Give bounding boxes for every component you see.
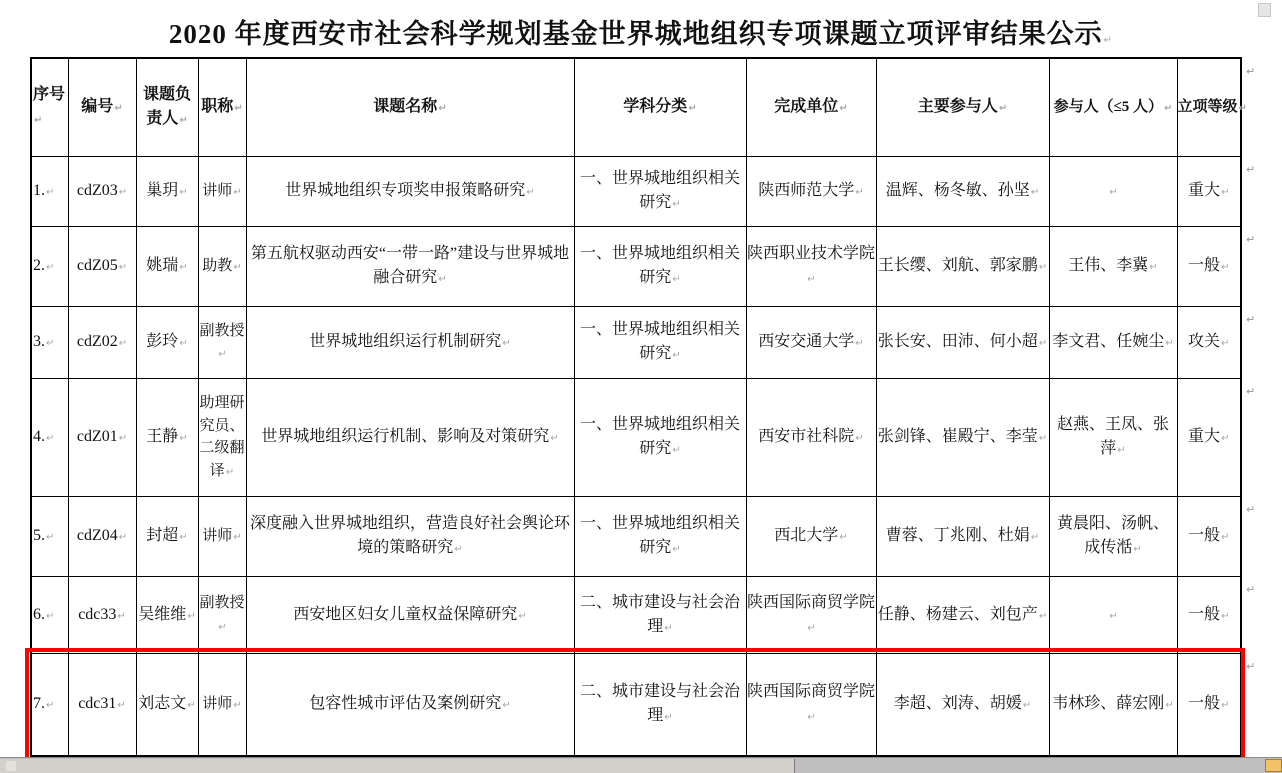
header-project-name: 课题名称↵ [246, 58, 574, 156]
cell-text: 二、城市建设与社会治理 [580, 594, 740, 635]
cell-institution: 西北大学↵ [746, 496, 876, 576]
cell-text: 一、世界城地组织相关研究 [580, 515, 740, 556]
header-label: 主要参与人 [918, 98, 998, 115]
end-of-cell-mark-icon: ↵ [117, 700, 125, 711]
cell-job-title: 讲师↵ [198, 496, 246, 576]
results-table-wrap: 序号↵编号↵课题负责人↵职称↵课题名称↵学科分类↵完成单位↵主要参与人↵参与人（… [30, 57, 1242, 757]
table-row: 5.↵cdZ04↵封超↵讲师↵深度融入世界城地组织，营造良好社会舆论环境的策略研… [31, 496, 1241, 576]
cell-text: 姚瑞 [146, 257, 178, 274]
cell-leader: 彭玲↵ [136, 306, 198, 378]
cell-text: 副教授 [199, 595, 244, 611]
header-participants: 参与人（≤5 人）↵ [1049, 58, 1177, 156]
cell-participants: 赵燕、王凤、张萍↵ [1049, 378, 1177, 496]
end-of-cell-mark-icon: ↵ [233, 262, 241, 273]
cell-text: 深度融入世界城地组织，营造良好社会舆论环境的策略研究 [250, 515, 570, 556]
end-of-cell-mark-icon: ↵ [1031, 532, 1039, 543]
cell-main-participants: 王长缨、刘航、郭家鹏↵ [876, 226, 1049, 306]
cell-main-participants: 任静、杨建云、刘包产↵ [876, 576, 1049, 653]
cell-text: 一般 [1188, 606, 1220, 623]
header-label: 课题名称 [373, 98, 437, 115]
end-of-cell-mark-icon: ↵ [46, 532, 54, 543]
end-of-cell-mark-icon: ↵ [119, 187, 127, 198]
cell-index: 7.↵ [31, 653, 68, 756]
end-of-row-mark-icon: ↵ [1246, 233, 1255, 246]
cell-text: 陕西国际商贸学院 [747, 683, 875, 700]
table-row: 2.↵cdZ05↵姚瑞↵助教↵第五航权驱动西安“一带一路”建设与世界城地融合研究… [31, 226, 1241, 306]
end-of-cell-mark-icon: ↵ [839, 103, 847, 114]
cell-code: cdZ02↵ [68, 306, 136, 378]
end-of-row-mark-icon: ↵ [1246, 660, 1255, 673]
cell-text: 王伟、李冀 [1068, 257, 1148, 274]
cell-text: 刘志文 [138, 695, 186, 712]
cell-grade: 一般↵ [1177, 496, 1241, 576]
cell-discipline: 二、城市建设与社会治理↵ [574, 576, 746, 653]
end-of-cell-mark-icon: ↵ [119, 433, 127, 444]
cell-project-name: 世界城地组织运行机制、影响及对策研究↵ [246, 378, 574, 496]
cell-text: cdZ03 [77, 182, 118, 199]
end-of-cell-mark-icon: ↵ [218, 349, 226, 360]
cell-text: 副教授 [199, 323, 244, 339]
cell-text: 一般 [1188, 257, 1220, 274]
cell-text: 一、世界城地组织相关研究 [580, 170, 740, 211]
cell-leader: 刘志文↵ [136, 653, 198, 756]
cell-job-title: 助教↵ [198, 226, 246, 306]
cell-code: cdZ04↵ [68, 496, 136, 576]
cell-text: 陕西职业技术学院 [747, 245, 875, 262]
page-title-text: 2020 年度西安市社会科学规划基金世界城地组织专项课题立项评审结果公示 [169, 19, 1103, 49]
cell-index: 5.↵ [31, 496, 68, 576]
end-of-cell-mark-icon: ↵ [119, 262, 127, 273]
cell-discipline: 一、世界城地组织相关研究↵ [574, 306, 746, 378]
cell-project-name: 深度融入世界城地组织，营造良好社会舆论环境的策略研究↵ [246, 496, 574, 576]
cell-text: 任静、杨建云、刘包产 [878, 606, 1038, 623]
cell-text: 陕西师范大学 [758, 182, 854, 199]
end-of-cell-mark-icon: ↵ [1149, 262, 1157, 273]
end-of-cell-mark-icon: ↵ [438, 103, 446, 114]
cell-institution: 西安市社科院↵ [746, 378, 876, 496]
end-of-cell-mark-icon: ↵ [839, 532, 847, 543]
end-of-cell-mark-icon: ↵ [454, 544, 462, 555]
cell-job-title: 副教授↵ [198, 306, 246, 378]
cell-text: 温辉、杨冬敏、孙坚 [886, 182, 1030, 199]
end-of-row-mark-icon: ↵ [1246, 163, 1255, 176]
paragraph-mark-icon: ↵ [1104, 35, 1113, 46]
cell-text: 讲师 [202, 528, 232, 544]
cell-text: 张剑锋、崔殿宁、李莹 [878, 428, 1038, 445]
cell-text: 巢玥 [146, 182, 178, 199]
end-of-cell-mark-icon: ↵ [1221, 187, 1229, 198]
end-of-cell-mark-icon: ↵ [1221, 338, 1229, 349]
cell-text: 李文君、任婉尘 [1052, 333, 1164, 350]
table-row: 7.↵cdc31↵刘志文↵讲师↵包容性城市评估及案例研究↵二、城市建设与社会治理… [31, 653, 1241, 756]
end-of-cell-mark-icon: ↵ [34, 115, 42, 126]
end-of-cell-mark-icon: ↵ [672, 350, 680, 361]
cell-code: cdc33↵ [68, 576, 136, 653]
end-of-cell-mark-icon: ↵ [179, 262, 187, 273]
cell-leader: 王静↵ [136, 378, 198, 496]
end-of-cell-mark-icon: ↵ [1133, 544, 1141, 555]
end-of-cell-mark-icon: ↵ [179, 187, 187, 198]
cell-leader: 姚瑞↵ [136, 226, 198, 306]
end-of-cell-mark-icon: ↵ [1109, 611, 1117, 622]
header-leader: 课题负责人↵ [136, 58, 198, 156]
cell-job-title: 副教授↵ [198, 576, 246, 653]
end-of-cell-mark-icon: ↵ [1221, 532, 1229, 543]
cell-leader: 吴维维↵ [136, 576, 198, 653]
cell-text: 张长安、田沛、何小超 [878, 333, 1038, 350]
cell-participants: 黄晨阳、汤帆、成传湉↵ [1049, 496, 1177, 576]
header-label: 参与人（≤5 人） [1054, 99, 1163, 115]
end-of-cell-mark-icon: ↵ [1165, 700, 1173, 711]
cell-text: 西安市社科院 [758, 428, 854, 445]
end-of-cell-mark-icon: ↵ [438, 274, 446, 285]
cell-main-participants: 张长安、田沛、何小超↵ [876, 306, 1049, 378]
cell-participants: 王伟、李冀↵ [1049, 226, 1177, 306]
cell-text: cdZ04 [77, 527, 118, 544]
cell-discipline: 一、世界城地组织相关研究↵ [574, 226, 746, 306]
cell-participants: 李文君、任婉尘↵ [1049, 306, 1177, 378]
cell-project-name: 西安地区妇女儿童权益保障研究↵ [246, 576, 574, 653]
cell-text: 包容性城市评估及案例研究 [309, 695, 501, 712]
cell-text: 攻关 [1188, 333, 1220, 350]
header-label: 完成单位 [774, 98, 838, 115]
cell-main-participants: 李超、刘涛、胡媛↵ [876, 653, 1049, 756]
horizontal-scrollbar[interactable] [0, 757, 1282, 773]
end-of-cell-mark-icon: ↵ [807, 274, 815, 285]
table-header-row: 序号↵编号↵课题负责人↵职称↵课题名称↵学科分类↵完成单位↵主要参与人↵参与人（… [31, 58, 1241, 156]
end-of-cell-mark-icon: ↵ [179, 433, 187, 444]
cell-project-name: 世界城地组织专项奖申报策略研究↵ [246, 156, 574, 226]
end-of-cell-mark-icon: ↵ [1239, 103, 1247, 114]
cell-grade: 重大↵ [1177, 156, 1241, 226]
table-row: 3.↵cdZ02↵彭玲↵副教授↵世界城地组织运行机制研究↵一、世界城地组织相关研… [31, 306, 1241, 378]
cell-text: cdZ02 [77, 333, 118, 350]
cell-text: 助理研究员、二级翻译 [199, 395, 244, 479]
cell-code: cdZ05↵ [68, 226, 136, 306]
end-of-cell-mark-icon: ↵ [1221, 262, 1229, 273]
header-institution: 完成单位↵ [746, 58, 876, 156]
cell-main-participants: 曹蓉、丁兆刚、杜娟↵ [876, 496, 1049, 576]
cell-text: 赵燕、王凤、张萍 [1057, 416, 1169, 457]
end-of-cell-mark-icon: ↵ [1023, 700, 1031, 711]
end-of-cell-mark-icon: ↵ [526, 187, 534, 198]
cell-job-title: 讲师↵ [198, 156, 246, 226]
end-of-cell-mark-icon: ↵ [46, 611, 54, 622]
cell-leader: 巢玥↵ [136, 156, 198, 226]
cell-grade: 一般↵ [1177, 653, 1241, 756]
cell-participants: ↵ [1049, 576, 1177, 653]
end-of-cell-mark-icon: ↵ [502, 338, 510, 349]
end-of-cell-mark-icon: ↵ [187, 700, 195, 711]
header-grade: 立项等级↵ [1177, 58, 1241, 156]
end-of-cell-mark-icon: ↵ [117, 611, 125, 622]
cell-code: cdZ03↵ [68, 156, 136, 226]
cell-text: 一般 [1188, 695, 1220, 712]
cell-leader: 封超↵ [136, 496, 198, 576]
cell-text: cdc31 [78, 695, 116, 712]
cell-code: cdc31↵ [68, 653, 136, 756]
end-of-cell-mark-icon: ↵ [807, 623, 815, 634]
cell-main-participants: 温辉、杨冬敏、孙坚↵ [876, 156, 1049, 226]
end-of-row-mark-icon: ↵ [1246, 313, 1255, 326]
cell-text: 第五航权驱动西安“一带一路”建设与世界城地融合研究 [251, 245, 569, 286]
end-of-cell-mark-icon: ↵ [179, 532, 187, 543]
end-of-cell-mark-icon: ↵ [502, 700, 510, 711]
cell-project-name: 世界城地组织运行机制研究↵ [246, 306, 574, 378]
cell-text: 6. [33, 606, 45, 623]
cell-text: 一、世界城地组织相关研究 [580, 416, 740, 457]
cell-index: 3.↵ [31, 306, 68, 378]
header-discipline: 学科分类↵ [574, 58, 746, 156]
header-label: 编号 [81, 98, 113, 115]
table-row: 6.↵cdc33↵吴维维↵副教授↵西安地区妇女儿童权益保障研究↵二、城市建设与社… [31, 576, 1241, 653]
cell-text: 一、世界城地组织相关研究 [580, 321, 740, 362]
cell-text: 世界城地组织运行机制研究 [309, 333, 501, 350]
cell-discipline: 一、世界城地组织相关研究↵ [574, 378, 746, 496]
end-of-row-mark-icon: ↵ [1246, 583, 1255, 596]
end-of-cell-mark-icon: ↵ [233, 532, 241, 543]
cell-grade: 重大↵ [1177, 378, 1241, 496]
cell-text: 陕西国际商贸学院 [747, 594, 875, 611]
cell-index: 4.↵ [31, 378, 68, 496]
end-of-cell-mark-icon: ↵ [672, 544, 680, 555]
end-of-row-mark-icon: ↵ [1246, 385, 1255, 398]
table-row: 4.↵cdZ01↵王静↵助理研究员、二级翻译↵世界城地组织运行机制、影响及对策研… [31, 378, 1241, 496]
cell-project-name: 包容性城市评估及案例研究↵ [246, 653, 574, 756]
cell-institution: 陕西国际商贸学院↵ [746, 653, 876, 756]
cell-text: 一般 [1188, 527, 1220, 544]
cell-text: 西北大学 [774, 527, 838, 544]
cell-text: 4. [33, 428, 45, 445]
end-of-cell-mark-icon: ↵ [855, 433, 863, 444]
cell-text: 西安地区妇女儿童权益保障研究 [293, 606, 517, 623]
header-job-title: 职称↵ [198, 58, 246, 156]
end-of-cell-mark-icon: ↵ [1117, 445, 1125, 456]
cell-text: 2. [33, 257, 45, 274]
end-of-cell-mark-icon: ↵ [1221, 433, 1229, 444]
end-of-cell-mark-icon: ↵ [664, 623, 672, 634]
cell-text: 王长缨、刘航、郭家鹏 [878, 257, 1038, 274]
end-of-cell-mark-icon: ↵ [518, 611, 526, 622]
cell-job-title: 讲师↵ [198, 653, 246, 756]
cell-project-name: 第五航权驱动西安“一带一路”建设与世界城地融合研究↵ [246, 226, 574, 306]
cell-participants: 韦林珍、薛宏刚↵ [1049, 653, 1177, 756]
end-of-cell-mark-icon: ↵ [1164, 103, 1172, 114]
horizontal-scrollbar-thumb[interactable] [0, 759, 795, 773]
header-index: 序号↵ [31, 58, 68, 156]
cell-text: 曹蓉、丁兆刚、杜娟 [886, 527, 1030, 544]
cell-institution: 陕西职业技术学院↵ [746, 226, 876, 306]
scrollbar-corner-button[interactable] [1265, 759, 1282, 772]
cell-main-participants: 张剑锋、崔殿宁、李莹↵ [876, 378, 1049, 496]
cell-discipline: 二、城市建设与社会治理↵ [574, 653, 746, 756]
end-of-cell-mark-icon: ↵ [1221, 700, 1229, 711]
cell-index: 1.↵ [31, 156, 68, 226]
cell-institution: 陕西师范大学↵ [746, 156, 876, 226]
cell-text: cdZ01 [77, 428, 118, 445]
cell-text: 重大 [1188, 428, 1220, 445]
end-of-row-mark-icon: ↵ [1246, 503, 1255, 516]
end-of-cell-mark-icon: ↵ [233, 187, 241, 198]
end-of-cell-mark-icon: ↵ [46, 187, 54, 198]
scrollbar-notch [6, 761, 16, 771]
end-of-cell-mark-icon: ↵ [1039, 611, 1047, 622]
cell-text: 一、世界城地组织相关研究 [580, 245, 740, 286]
end-of-cell-mark-icon: ↵ [855, 338, 863, 349]
cell-code: cdZ01↵ [68, 378, 136, 496]
cell-grade: 一般↵ [1177, 576, 1241, 653]
end-of-cell-mark-icon: ↵ [1221, 611, 1229, 622]
cell-institution: 陕西国际商贸学院↵ [746, 576, 876, 653]
end-of-cell-mark-icon: ↵ [234, 103, 242, 114]
results-table: 序号↵编号↵课题负责人↵职称↵课题名称↵学科分类↵完成单位↵主要参与人↵参与人（… [30, 57, 1242, 757]
cell-text: cdc33 [78, 606, 116, 623]
cell-text: 重大 [1188, 182, 1220, 199]
header-label: 立项等级 [1178, 99, 1238, 115]
end-of-cell-mark-icon: ↵ [550, 433, 558, 444]
cell-text: 黄晨阳、汤帆、成传湉 [1057, 515, 1169, 556]
end-of-cell-mark-icon: ↵ [114, 103, 122, 114]
end-of-cell-mark-icon: ↵ [46, 338, 54, 349]
end-of-cell-mark-icon: ↵ [119, 532, 127, 543]
cell-institution: 西安交通大学↵ [746, 306, 876, 378]
end-of-cell-mark-icon: ↵ [233, 700, 241, 711]
cell-text: 西安交通大学 [758, 333, 854, 350]
cell-grade: 一般↵ [1177, 226, 1241, 306]
page-title: 2020 年度西安市社会科学规划基金世界城地组织专项课题立项评审结果公示↵ [0, 12, 1282, 51]
cell-text: 讲师 [202, 183, 232, 199]
end-of-cell-mark-icon: ↵ [1109, 187, 1117, 198]
end-of-cell-mark-icon: ↵ [46, 433, 54, 444]
cell-text: 世界城地组织运行机制、影响及对策研究 [261, 428, 549, 445]
cell-text: 1. [33, 182, 45, 199]
cell-text: 封超 [146, 527, 178, 544]
end-of-cell-mark-icon: ↵ [807, 712, 815, 723]
cell-discipline: 一、世界城地组织相关研究↵ [574, 496, 746, 576]
end-of-cell-mark-icon: ↵ [179, 338, 187, 349]
cell-text: 王静 [146, 428, 178, 445]
end-of-cell-mark-icon: ↵ [999, 103, 1007, 114]
top-right-scroll-fragment [1258, 3, 1271, 17]
header-label: 学科分类 [623, 98, 687, 115]
cell-participants: ↵ [1049, 156, 1177, 226]
cell-text: 李超、刘涛、胡媛 [894, 695, 1022, 712]
end-of-cell-mark-icon: ↵ [672, 199, 680, 210]
end-of-cell-mark-icon: ↵ [187, 611, 195, 622]
end-of-cell-mark-icon: ↵ [218, 622, 226, 633]
table-row: 1.↵cdZ03↵巢玥↵讲师↵世界城地组织专项奖申报策略研究↵一、世界城地组织相… [31, 156, 1241, 226]
end-of-cell-mark-icon: ↵ [672, 274, 680, 285]
end-of-cell-mark-icon: ↵ [46, 262, 54, 273]
cell-job-title: 助理研究员、二级翻译↵ [198, 378, 246, 496]
end-of-cell-mark-icon: ↵ [46, 700, 54, 711]
end-of-cell-mark-icon: ↵ [1039, 338, 1047, 349]
end-of-cell-mark-icon: ↵ [664, 712, 672, 723]
cell-text: 二、城市建设与社会治理 [580, 683, 740, 724]
end-of-cell-mark-icon: ↵ [119, 338, 127, 349]
end-of-cell-mark-icon: ↵ [1039, 433, 1047, 444]
cell-grade: 攻关↵ [1177, 306, 1241, 378]
cell-text: cdZ05 [77, 257, 118, 274]
end-of-cell-mark-icon: ↵ [672, 445, 680, 456]
cell-text: 5. [33, 527, 45, 544]
header-main-participants: 主要参与人↵ [876, 58, 1049, 156]
end-of-cell-mark-icon: ↵ [855, 187, 863, 198]
cell-text: 世界城地组织专项奖申报策略研究 [285, 182, 525, 199]
cell-index: 2.↵ [31, 226, 68, 306]
end-of-row-mark-icon: ↵ [1246, 65, 1255, 78]
cell-text: 彭玲 [146, 333, 178, 350]
end-of-cell-mark-icon: ↵ [226, 467, 234, 478]
header-label: 序号 [33, 86, 65, 103]
header-code: 编号↵ [68, 58, 136, 156]
cell-text: 韦林珍、薛宏刚 [1052, 695, 1164, 712]
cell-text: 讲师 [202, 696, 232, 712]
cell-text: 3. [33, 333, 45, 350]
end-of-cell-mark-icon: ↵ [1165, 338, 1173, 349]
end-of-cell-mark-icon: ↵ [688, 103, 696, 114]
header-label: 职称 [201, 98, 233, 115]
end-of-cell-mark-icon: ↵ [1039, 262, 1047, 273]
cell-discipline: 一、世界城地组织相关研究↵ [574, 156, 746, 226]
cell-text: 助教 [202, 258, 232, 274]
end-of-cell-mark-icon: ↵ [1031, 187, 1039, 198]
end-of-cell-mark-icon: ↵ [179, 115, 187, 126]
cell-text: 7. [33, 695, 45, 712]
cell-index: 6.↵ [31, 576, 68, 653]
cell-text: 吴维维 [138, 606, 186, 623]
